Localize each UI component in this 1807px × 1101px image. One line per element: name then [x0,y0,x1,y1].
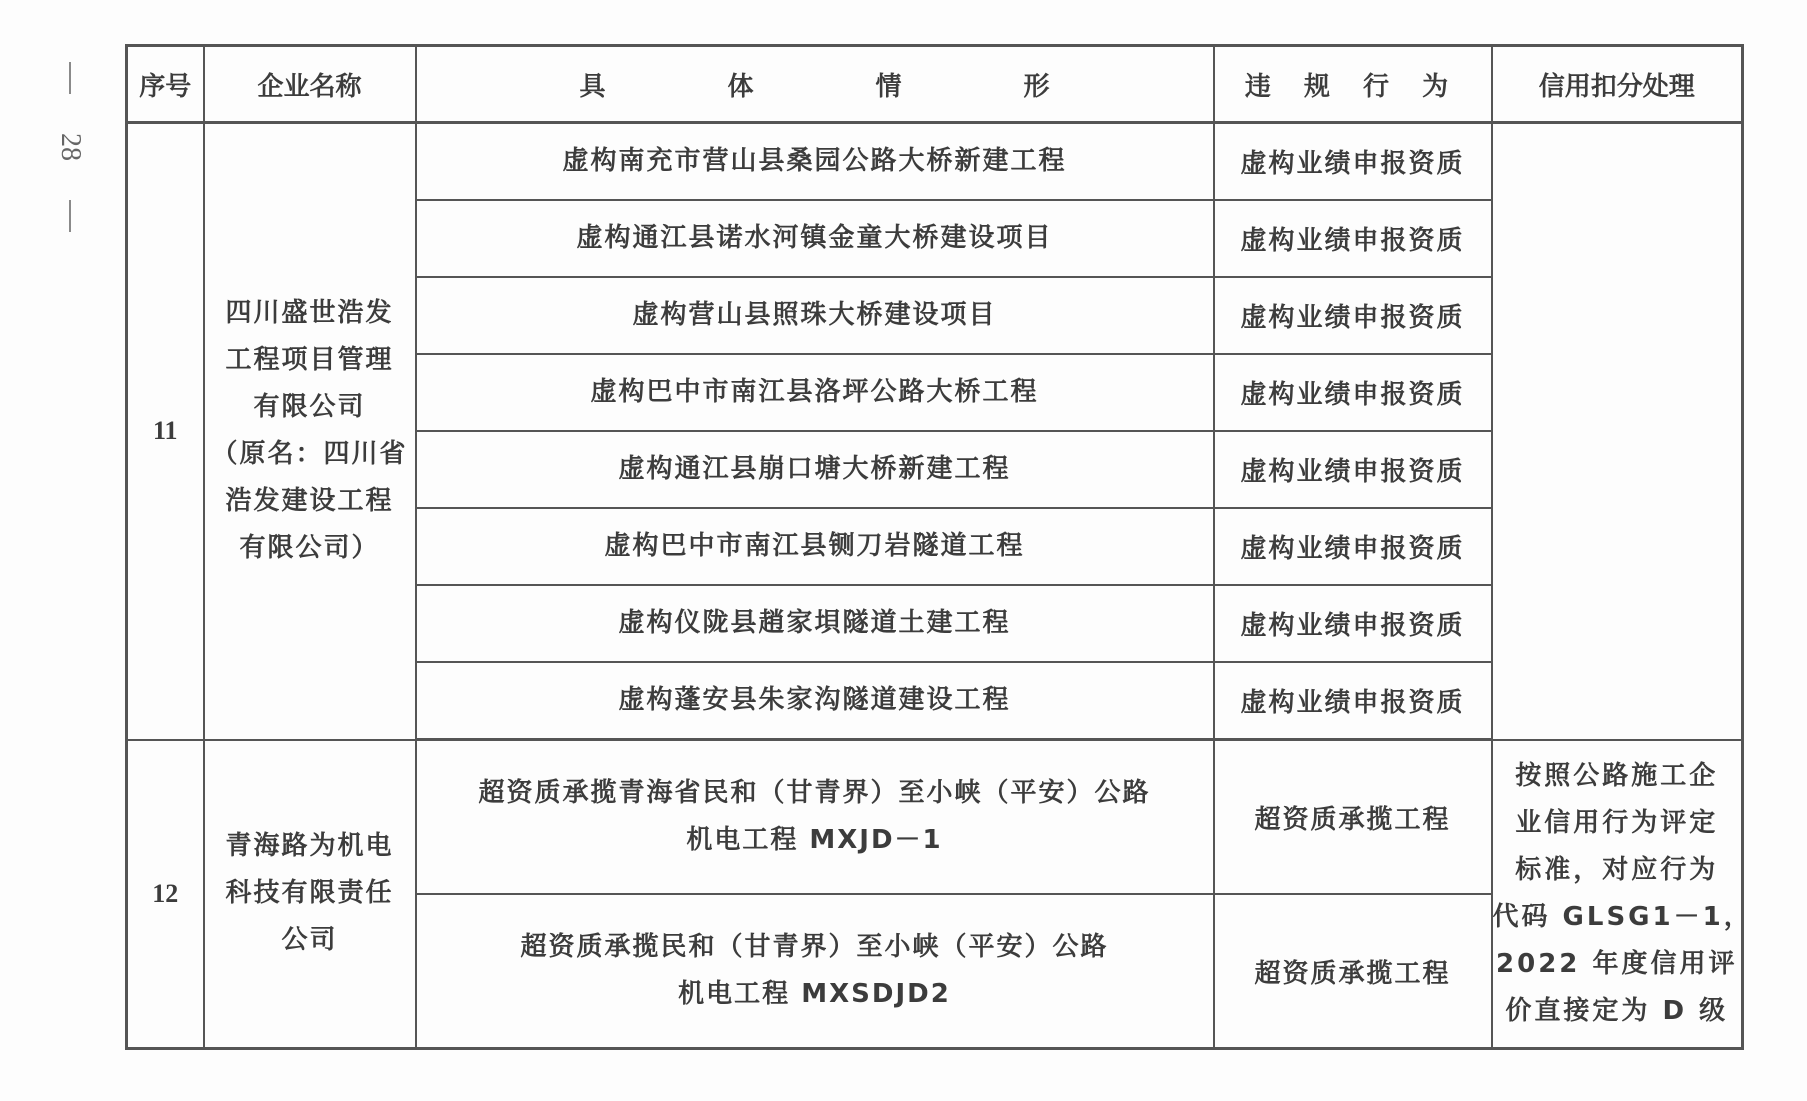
penalty-line: 标准，对应行为 [1493,847,1742,894]
detail-line: 虚构巴中市南江县铡刀岩隧道工程 [417,523,1213,570]
cell-violation: 虚构业绩申报资质 [1214,508,1492,585]
cell-detail: 虚构巴中市南江县铡刀岩隧道工程 [416,508,1214,585]
cell-penalty [1492,123,1743,740]
cell-penalty: 按照公路施工企业信用行为评定标准，对应行为代码 GLSG1－1，2022 年度信… [1492,740,1743,1049]
cell-violation: 超资质承揽工程 [1214,740,1492,895]
header-seq: 序号 [127,46,204,123]
header-detail-char: 情 [875,66,901,103]
cell-violation: 超资质承揽工程 [1214,894,1492,1049]
detail-line: 虚构蓬安县朱家沟隧道建设工程 [417,677,1213,724]
table-header-row: 序号 企业名称 具 体 情 形 违 规 行 为 信用扣分处理 [127,46,1743,123]
penalty-line: 价直接定为 D 级 [1493,988,1742,1035]
cell-detail: 虚构巴中市南江县洛坪公路大桥工程 [416,354,1214,431]
detail-line: 虚构巴中市南江县洛坪公路大桥工程 [417,369,1213,416]
company-name-line: 公司 [205,917,415,964]
header-penalty: 信用扣分处理 [1492,46,1743,123]
detail-line: 虚构仪陇县趙家垻隧道土建工程 [417,600,1213,647]
cell-detail: 超资质承揽青海省民和（甘青界）至小峡（平安）公路机电工程 MXJD－1 [416,740,1214,895]
cell-violation: 虚构业绩申报资质 [1214,200,1492,277]
penalty-line: 2022 年度信用评 [1493,941,1742,988]
cell-detail: 虚构仪陇县趙家垻隧道土建工程 [416,585,1214,662]
cell-company-name: 四川盛世浩发工程项目管理有限公司（原名：四川省浩发建设工程有限公司） [204,123,416,740]
company-name-line: （原名：四川省 [205,431,415,478]
company-name-line: 四川盛世浩发 [205,290,415,337]
header-detail-char: 具 [580,66,606,103]
penalty-line: 代码 GLSG1－1， [1493,894,1742,941]
cell-violation: 虚构业绩申报资质 [1214,431,1492,508]
cell-violation: 虚构业绩申报资质 [1214,277,1492,354]
company-name-line: 科技有限责任 [205,870,415,917]
cell-detail: 虚构南充市营山县桑园公路大桥新建工程 [416,123,1214,201]
cell-violation: 虚构业绩申报资质 [1214,585,1492,662]
header-detail: 具 体 情 形 [416,46,1214,123]
cell-detail: 虚构营山县照珠大桥建设项目 [416,277,1214,354]
detail-line: 机电工程 MXJD－1 [417,817,1213,864]
table-row: 12青海路为机电科技有限责任公司超资质承揽青海省民和（甘青界）至小峡（平安）公路… [127,740,1743,895]
header-company: 企业名称 [204,46,416,123]
header-violation: 违 规 行 为 [1214,46,1492,123]
page-number-value: 28 [56,133,84,161]
cell-detail: 虚构蓬安县朱家沟隧道建设工程 [416,662,1214,740]
cell-seq: 12 [127,740,204,1049]
penalty-line: 按照公路施工企 [1493,753,1742,800]
detail-line: 虚构通江县崩口塘大桥新建工程 [417,446,1213,493]
cell-detail: 虚构通江县诺水河镇金童大桥建设项目 [416,200,1214,277]
page-number-dash-top [69,62,71,94]
detail-line: 虚构营山县照珠大桥建设项目 [417,292,1213,339]
cell-detail: 虚构通江县崩口塘大桥新建工程 [416,431,1214,508]
header-detail-char: 形 [1023,66,1049,103]
violation-table: 序号 企业名称 具 体 情 形 违 规 行 为 信用扣分处理 11四川盛世浩发工… [125,44,1744,1050]
detail-line: 超资质承揽民和（甘青界）至小峡（平安）公路 [417,924,1213,971]
cell-violation: 虚构业绩申报资质 [1214,662,1492,740]
cell-detail: 超资质承揽民和（甘青界）至小峡（平安）公路机电工程 MXSDJD2 [416,894,1214,1049]
table-row: 11四川盛世浩发工程项目管理有限公司（原名：四川省浩发建设工程有限公司）虚构南充… [127,123,1743,201]
detail-line: 机电工程 MXSDJD2 [417,971,1213,1018]
detail-line: 虚构南充市营山县桑园公路大桥新建工程 [417,138,1213,185]
page-number: 28 [52,62,88,232]
header-detail-char: 体 [727,66,753,103]
detail-line: 虚构通江县诺水河镇金童大桥建设项目 [417,215,1213,262]
page-number-dash-bottom [69,200,71,232]
company-name-line: 有限公司） [205,525,415,572]
company-name-line: 浩发建设工程 [205,478,415,525]
detail-line: 超资质承揽青海省民和（甘青界）至小峡（平安）公路 [417,770,1213,817]
penalty-line: 业信用行为评定 [1493,800,1742,847]
company-name-line: 工程项目管理 [205,337,415,384]
cell-company-name: 青海路为机电科技有限责任公司 [204,740,416,1049]
cell-seq: 11 [127,123,204,740]
company-name-line: 青海路为机电 [205,823,415,870]
company-name-line: 有限公司 [205,384,415,431]
cell-violation: 虚构业绩申报资质 [1214,354,1492,431]
cell-violation: 虚构业绩申报资质 [1214,123,1492,201]
